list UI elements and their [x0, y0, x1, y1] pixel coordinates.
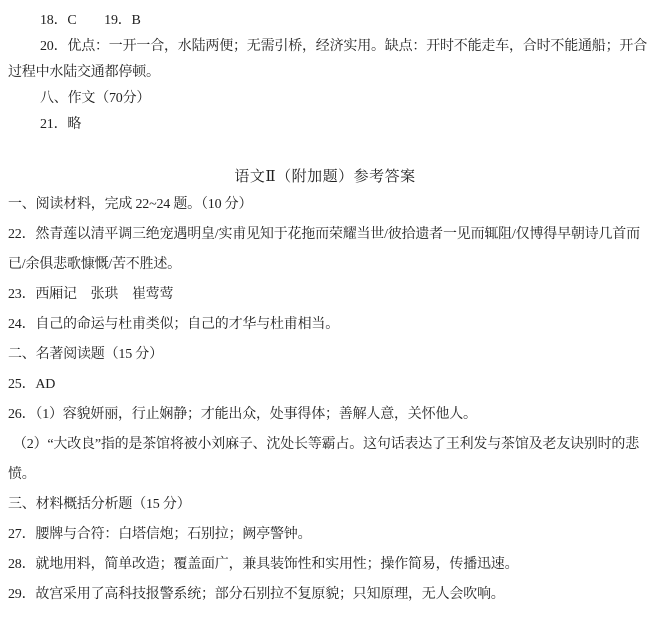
- text-line: 愤。: [8, 465, 642, 485]
- paper2-answers-section: 一、阅读材料，完成 22~24 题。（10 分）22．然青莲以清平调三绝宠遇明皇…: [8, 195, 642, 605]
- text-line: 一、阅读材料，完成 22~24 题。（10 分）: [8, 195, 642, 215]
- text-line: 二、名著阅读题（15 分）: [8, 345, 642, 365]
- text-line: 25．AD: [8, 375, 642, 395]
- text-line: 29．故宫采用了高科技报警系统；部分石别拉不复原貌；只知原理，无人会吹响。: [8, 585, 642, 605]
- text-line: 20．优点：一开一合，水陆两便；无需引桥，经济实用。缺点：开时不能走车，合时不能…: [8, 37, 642, 57]
- text-line: 28．就地用料，简单改造；覆盖面广，兼具装饰性和实用性；操作简易，传播迅速。: [8, 555, 642, 575]
- text-line: 22．然青莲以清平调三绝宠遇明皇/实甫见知于花拖而荣耀当世/彼拾遗者一见而辄阻/…: [8, 225, 642, 245]
- text-line: 已/余俱悲歌慷慨/苦不胜述。: [8, 255, 642, 275]
- text-line: 过程中水陆交通都停顿。: [8, 63, 642, 83]
- text-line: 26．（1）容貌妍丽，行止娴静；才能出众，处事得体；善解人意，关怀他人。: [8, 405, 642, 425]
- text-line: 24．自己的命运与杜甫类似；自己的才华与杜甫相当。: [8, 315, 642, 335]
- text-line: 八、作文（70分）: [8, 89, 642, 109]
- answer-key-document: 18．C 19．B20．优点：一开一合，水陆两便；无需引桥，经济实用。缺点：开时…: [0, 0, 650, 642]
- text-line: （2）“大改良”指的是茶馆将被小刘麻子、沈处长等霸占。这句话表达了王利发与茶馆及…: [8, 435, 642, 455]
- paper2-title: 语文Ⅱ（附加题）参考答案: [8, 167, 642, 187]
- text-line: 18．C 19．B: [8, 11, 642, 31]
- text-line: 23．西厢记 张珙 崔莺莺: [8, 285, 642, 305]
- paper1-answers-section: 18．C 19．B20．优点：一开一合，水陆两便；无需引桥，经济实用。缺点：开时…: [8, 11, 642, 135]
- text-line: 27．腰牌与合符：白塔信炮；石别拉；阙亭警钟。: [8, 525, 642, 545]
- text-line: 21．略: [8, 115, 642, 135]
- text-line: 三、材料概括分析题（15 分）: [8, 495, 642, 515]
